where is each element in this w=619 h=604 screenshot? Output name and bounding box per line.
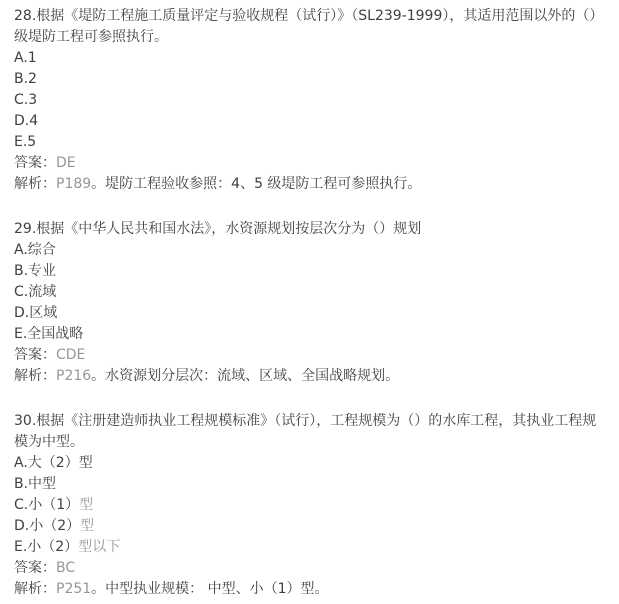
option-row: A.1 — [14, 48, 609, 69]
option-text: A.大（2）型 — [14, 455, 93, 471]
answer-line: 答案：DE — [14, 153, 609, 174]
question-block-28: 28.根据《堤防工程施工质量评定与验收规程（试行）》（SL239-1999），其… — [14, 6, 609, 195]
option-row: A.综合 — [14, 240, 609, 261]
option-text: B.2 — [14, 71, 37, 87]
analysis-page-ref: P251 — [56, 581, 91, 597]
answer-label: 答案： — [14, 347, 56, 363]
option-row: E.5 — [14, 132, 609, 153]
question-text: 29.根据《中华人民共和国水法》，水资源规划按层次分为（）规划 — [14, 219, 609, 240]
question-text: 30.根据《注册建造师执业工程规模标准》（试行），工程规模为（）的水库工程，其执… — [14, 411, 609, 453]
option-text: D.4 — [14, 113, 38, 129]
option-row: C.3 — [14, 90, 609, 111]
analysis-text: 。水资源划分层次：流域、区域、全国战略规划。 — [91, 368, 399, 384]
option-text: B.专业 — [14, 263, 56, 279]
question-block-30: 30.根据《注册建造师执业工程规模标准》（试行），工程规模为（）的水库工程，其执… — [14, 411, 609, 600]
analysis-text: 。堤防工程验收参照：4、5 级堤防工程可参照执行。 — [91, 176, 421, 192]
option-row: D.4 — [14, 111, 609, 132]
option-row: D.小（2）型 — [14, 516, 609, 537]
question-block-29: 29.根据《中华人民共和国水法》，水资源规划按层次分为（）规划 A.综合 B.专… — [14, 219, 609, 387]
answer-value: DE — [56, 155, 76, 171]
analysis-page-ref: P189 — [56, 176, 91, 192]
option-text: E.全国战略 — [14, 326, 83, 342]
option-text: D.小（2） — [14, 518, 80, 534]
exam-page: 28.根据《堤防工程施工质量评定与验收规程（试行）》（SL239-1999），其… — [0, 0, 619, 604]
analysis-label: 解析： — [14, 176, 56, 192]
answer-line: 答案：CDE — [14, 345, 609, 366]
option-row: C.小（1）型 — [14, 495, 609, 516]
option-text: E.5 — [14, 134, 36, 150]
option-text: A.综合 — [14, 242, 56, 258]
option-row: B.专业 — [14, 261, 609, 282]
analysis-label: 解析： — [14, 368, 56, 384]
option-text: C.3 — [14, 92, 37, 108]
answer-value: CDE — [56, 347, 85, 363]
answer-label: 答案： — [14, 155, 56, 171]
question-text: 28.根据《堤防工程施工质量评定与验收规程（试行）》（SL239-1999），其… — [14, 6, 609, 48]
analysis-line: 解析：P189。堤防工程验收参照：4、5 级堤防工程可参照执行。 — [14, 174, 609, 195]
answer-label: 答案： — [14, 560, 56, 576]
option-gray-suffix: 型 — [79, 497, 93, 513]
answer-value: BC — [56, 560, 75, 576]
analysis-line: 解析：P251。中型执业规模： 中型、小（1）型。 — [14, 579, 609, 600]
option-row: E.全国战略 — [14, 324, 609, 345]
option-text: E.小（2） — [14, 539, 78, 555]
option-row: A.大（2）型 — [14, 453, 609, 474]
option-gray-suffix: 型 — [80, 518, 94, 534]
analysis-page-ref: P216 — [56, 368, 91, 384]
option-text: D.区域 — [14, 305, 57, 321]
option-row: E.小（2）型以下 — [14, 537, 609, 558]
option-row: B.中型 — [14, 474, 609, 495]
option-gray-suffix: 型以下 — [78, 539, 120, 555]
analysis-label: 解析： — [14, 581, 56, 597]
analysis-text: 。中型执业规模： 中型、小（1）型。 — [91, 581, 328, 597]
option-text: C.小（1） — [14, 497, 79, 513]
option-row: B.2 — [14, 69, 609, 90]
answer-line: 答案：BC — [14, 558, 609, 579]
option-row: C.流域 — [14, 282, 609, 303]
option-text: C.流域 — [14, 284, 56, 300]
analysis-line: 解析：P216。水资源划分层次：流域、区域、全国战略规划。 — [14, 366, 609, 387]
option-row: D.区域 — [14, 303, 609, 324]
option-text: B.中型 — [14, 476, 56, 492]
option-text: A.1 — [14, 50, 37, 66]
